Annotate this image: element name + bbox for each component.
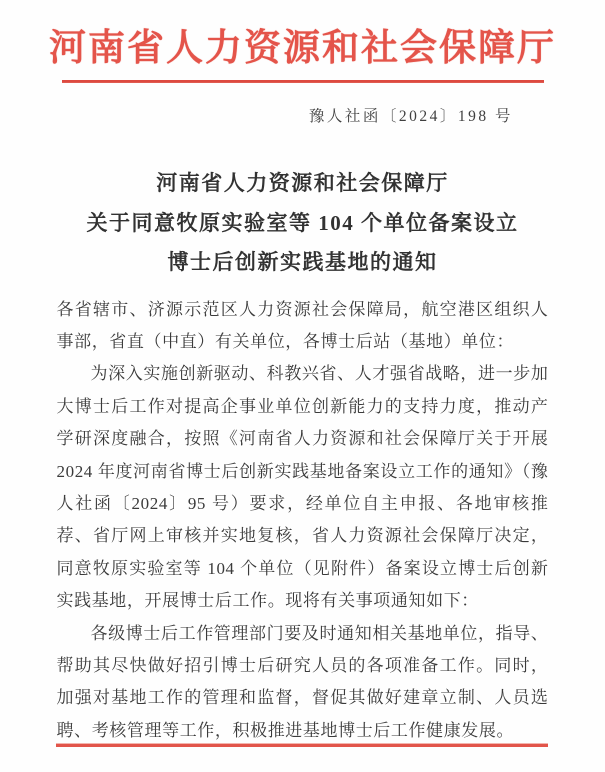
- notice-title: 河南省人力资源和社会保障厅 关于同意牧原实验室等 104 个单位备案设立 博士后…: [0, 164, 605, 283]
- document-number: 豫人社函〔2024〕198 号: [0, 104, 605, 126]
- notice-body: 各省辖市、济源示范区人力资源社会保障局，航空港区组织人事部，省直（中直）有关单位…: [57, 294, 549, 748]
- footer-divider: [56, 743, 548, 747]
- notice-title-line-3: 博士后创新实践基地的通知: [0, 243, 605, 283]
- body-paragraph: 各级博士后工作管理部门要及时通知相关基地单位，指导、帮助其尽快做好招引博士后研究…: [57, 618, 549, 748]
- body-paragraph: 为深入实施创新驱动、科教兴省、人才强省战略，进一步加大博士后工作对提高企事业单位…: [57, 358, 549, 617]
- scanned-notice-page: 河南省人力资源和社会保障厅 豫人社函〔2024〕198 号 河南省人力资源和社会…: [0, 0, 605, 772]
- notice-title-line-2: 关于同意牧原实验室等 104 个单位备案设立: [0, 204, 605, 244]
- notice-title-line-1: 河南省人力资源和社会保障厅: [0, 164, 605, 204]
- letterhead-title: 河南省人力资源和社会保障厅: [0, 0, 605, 72]
- letterhead-divider: [62, 80, 544, 83]
- salutation-paragraph: 各省辖市、济源示范区人力资源社会保障局，航空港区组织人事部，省直（中直）有关单位…: [57, 294, 549, 359]
